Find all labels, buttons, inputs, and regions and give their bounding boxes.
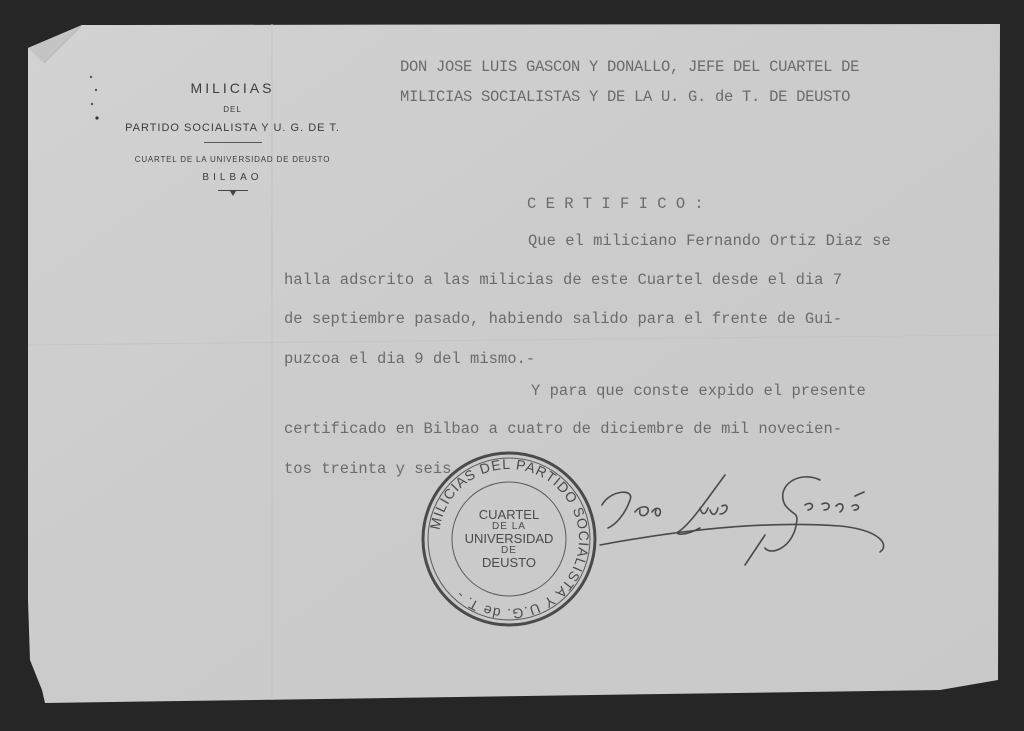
body-line-6: certificado en Bilbao a cuatro de diciem… xyxy=(284,420,842,438)
letterhead-title: MILICIAS xyxy=(90,80,375,96)
body-line-5: Y para que conste expido el presente xyxy=(531,382,866,400)
signature-icon xyxy=(590,460,890,570)
body-line-3: de septiembre pasado, habiendo salido pa… xyxy=(284,310,842,328)
body-line-1: Que el miliciano Fernando Ortiz Diaz se xyxy=(528,232,891,250)
header-line-1: DON JOSE LUIS GASCON Y DONALLO, JEFE DEL… xyxy=(400,58,859,76)
header-line-2: MILICIAS SOCIALISTAS Y DE LA U. G. de T.… xyxy=(400,88,850,106)
stamp-line-5: DEUSTO xyxy=(482,556,536,570)
letterhead-rule xyxy=(204,142,262,143)
letterhead-del: DEL xyxy=(90,105,375,114)
signature: Jose Luis Gascón xyxy=(590,460,890,570)
stamp-line-3: UNIVERSIDAD xyxy=(465,532,554,546)
body-line-2: halla adscrito a las milicias de este Cu… xyxy=(284,271,842,289)
certifico-heading: C E R T I F I C O : xyxy=(527,195,704,213)
letterhead-party: PARTIDO SOCIALISTA Y U. G. DE T. xyxy=(90,122,375,134)
letterhead: MILICIAS DEL PARTIDO SOCIALISTA Y U. G. … xyxy=(90,78,375,198)
official-stamp: MILICIAS DEL PARTIDO SOCIALISTA Y U.G. d… xyxy=(420,450,598,628)
stamp-line-1: CUARTEL xyxy=(479,508,539,522)
letterhead-cuartel: CUARTEL DE LA UNIVERSIDAD DE DEUSTO xyxy=(90,155,375,164)
letterhead-city: BILBAO xyxy=(90,172,375,183)
body-line-4: puzcoa el dia 9 del mismo.- xyxy=(284,350,535,368)
stamp-center: CUARTEL DE LA UNIVERSIDAD DE DEUSTO xyxy=(420,450,598,628)
document-scan: MILICIAS DEL PARTIDO SOCIALISTA Y U. G. … xyxy=(0,0,1024,731)
ornament-icon xyxy=(218,188,248,198)
